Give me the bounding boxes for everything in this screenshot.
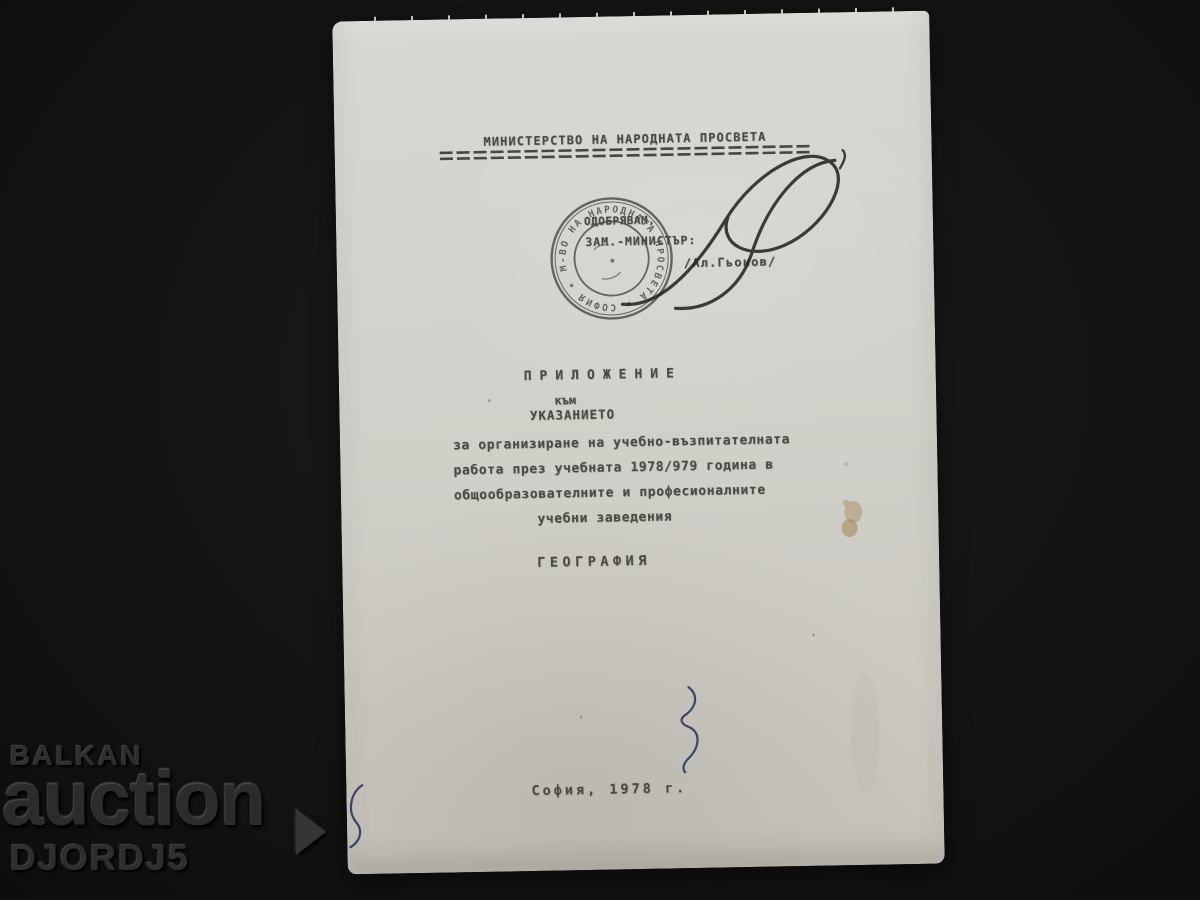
pen-mark <box>349 785 363 847</box>
photo-background: BALKAN auction DJORDJ5 МИНИСТЕРСТВО НА Н… <box>0 0 1200 900</box>
paper-stain <box>488 392 881 798</box>
stamp-center-mark: ★ <box>607 253 618 268</box>
document-page: МИНИСТЕРСТВО НА НАРОДНАТА ПРОСВЕТА ОДОБР… <box>332 11 945 875</box>
ministry-stamp-icon: М-ВО НА НАРОДНАТА ПРОСВЕТА ★ СОФИЯ ★ ★ <box>535 182 688 335</box>
ink-overlay: М-ВО НА НАРОДНАТА ПРОСВЕТА ★ СОФИЯ ★ ★ <box>332 11 945 875</box>
play-triangle-icon <box>296 809 326 855</box>
watermark-brand-main: auction <box>2 762 265 838</box>
pen-mark <box>681 687 698 772</box>
watermark-seller-id: DJORDJ5 <box>10 840 190 876</box>
